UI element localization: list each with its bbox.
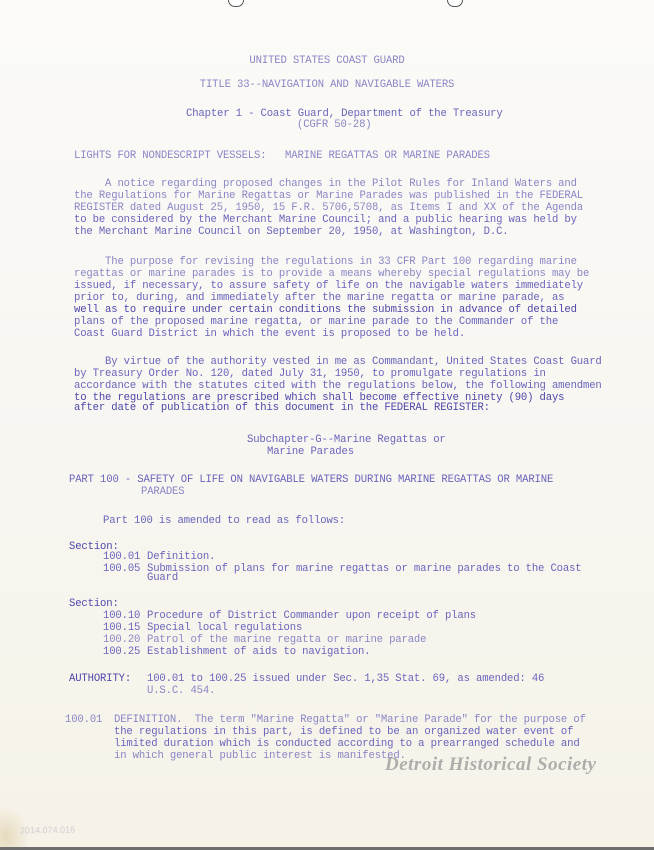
subchapter-heading: Subchapter-G--Marine Regattas or — [247, 435, 446, 446]
text-line: REGISTER dated August 25, 1950, 15 F.R. … — [74, 203, 583, 214]
punch-hole — [447, 0, 463, 7]
section-label: Section: — [69, 599, 119, 610]
section-title: Submission of plans for marine regattas … — [147, 564, 582, 575]
text-line: well as to require under certain conditi… — [74, 305, 577, 316]
section-number: 100.20 — [103, 635, 140, 646]
punch-hole — [228, 0, 244, 7]
text-line: the Merchant Marine Council on September… — [74, 227, 509, 238]
text-line: The purpose for revising the regulations… — [74, 257, 577, 268]
text-line: to be considered by the Merchant Marine … — [74, 215, 577, 226]
section-number: 100.10 — [103, 611, 140, 622]
authority-text: 100.01 to 100.25 issued under Sec. 1,35 … — [147, 674, 544, 685]
catalog-stamp: 2014.074.016 — [20, 825, 75, 836]
text-line: plans of the proposed marine regatta, or… — [74, 317, 558, 328]
text-line: after date of publication of this docume… — [74, 403, 490, 414]
text-line: prior to, during, and immediately after … — [74, 293, 564, 304]
text-line: the regulations in this part, is defined… — [114, 727, 573, 738]
text-line: accordance with the statutes cited with … — [74, 381, 602, 392]
subject-line: LIGHTS FOR NONDESCRIPT VESSELS: MARINE R… — [74, 151, 490, 162]
part-heading: PART 100 - SAFETY OF LIFE ON NAVIGABLE W… — [69, 475, 553, 486]
watermark: Detroit Historical Society — [385, 754, 596, 776]
title-heading: TITLE 33--NAVIGATION AND NAVIGABLE WATER… — [0, 80, 654, 91]
section-number: 100.01 — [103, 552, 140, 563]
text-line: the Regulations for Marine Regattas or M… — [74, 191, 583, 202]
text-line: by Treasury Order No. 120, dated July 31… — [74, 369, 546, 380]
section-title: Procedure of District Commander upon rec… — [147, 611, 476, 622]
section-title: Patrol of the marine regatta or marine p… — [147, 635, 426, 646]
agency-heading: UNITED STATES COAST GUARD — [0, 56, 654, 67]
text-line: DEFINITION. The term "Marine Regatta" or… — [114, 715, 586, 726]
section-title: Definition. — [147, 552, 215, 563]
cgfr-number: (CGFR 50-28) — [297, 120, 372, 131]
section-title-cont: Guard — [147, 573, 178, 584]
part-heading-cont: PARADES — [141, 487, 184, 498]
authority-label: AUTHORITY: — [69, 674, 131, 685]
text-line: Coast Guard District in which the event … — [74, 329, 465, 340]
section-number: 100.15 — [103, 623, 140, 634]
subchapter-heading-cont: Marine Parades — [267, 447, 354, 458]
text-line: By virtue of the authority vested in me … — [74, 357, 602, 368]
section-number: 100.05 — [103, 564, 140, 575]
text-line: issued, if necessary, to assure safety o… — [74, 281, 583, 292]
text-line: in which general public interest is mani… — [114, 751, 406, 762]
authority-text-cont: U.S.C. 454. — [147, 686, 215, 697]
section-number: 100.25 — [103, 647, 140, 658]
amended-statement: Part 100 is amended to read as follows: — [103, 516, 345, 527]
text-line: limited duration which is conducted acco… — [114, 739, 580, 750]
text-line: A notice regarding proposed changes in t… — [74, 179, 577, 190]
section-title: Establishment of aids to navigation. — [147, 647, 370, 658]
text-line: regattas or marine parades is to provide… — [74, 269, 589, 280]
document-page: UNITED STATES COAST GUARD TITLE 33--NAVI… — [0, 0, 654, 850]
definition-number: 100.01 — [65, 715, 102, 726]
section-title: Special local regulations — [147, 623, 302, 634]
